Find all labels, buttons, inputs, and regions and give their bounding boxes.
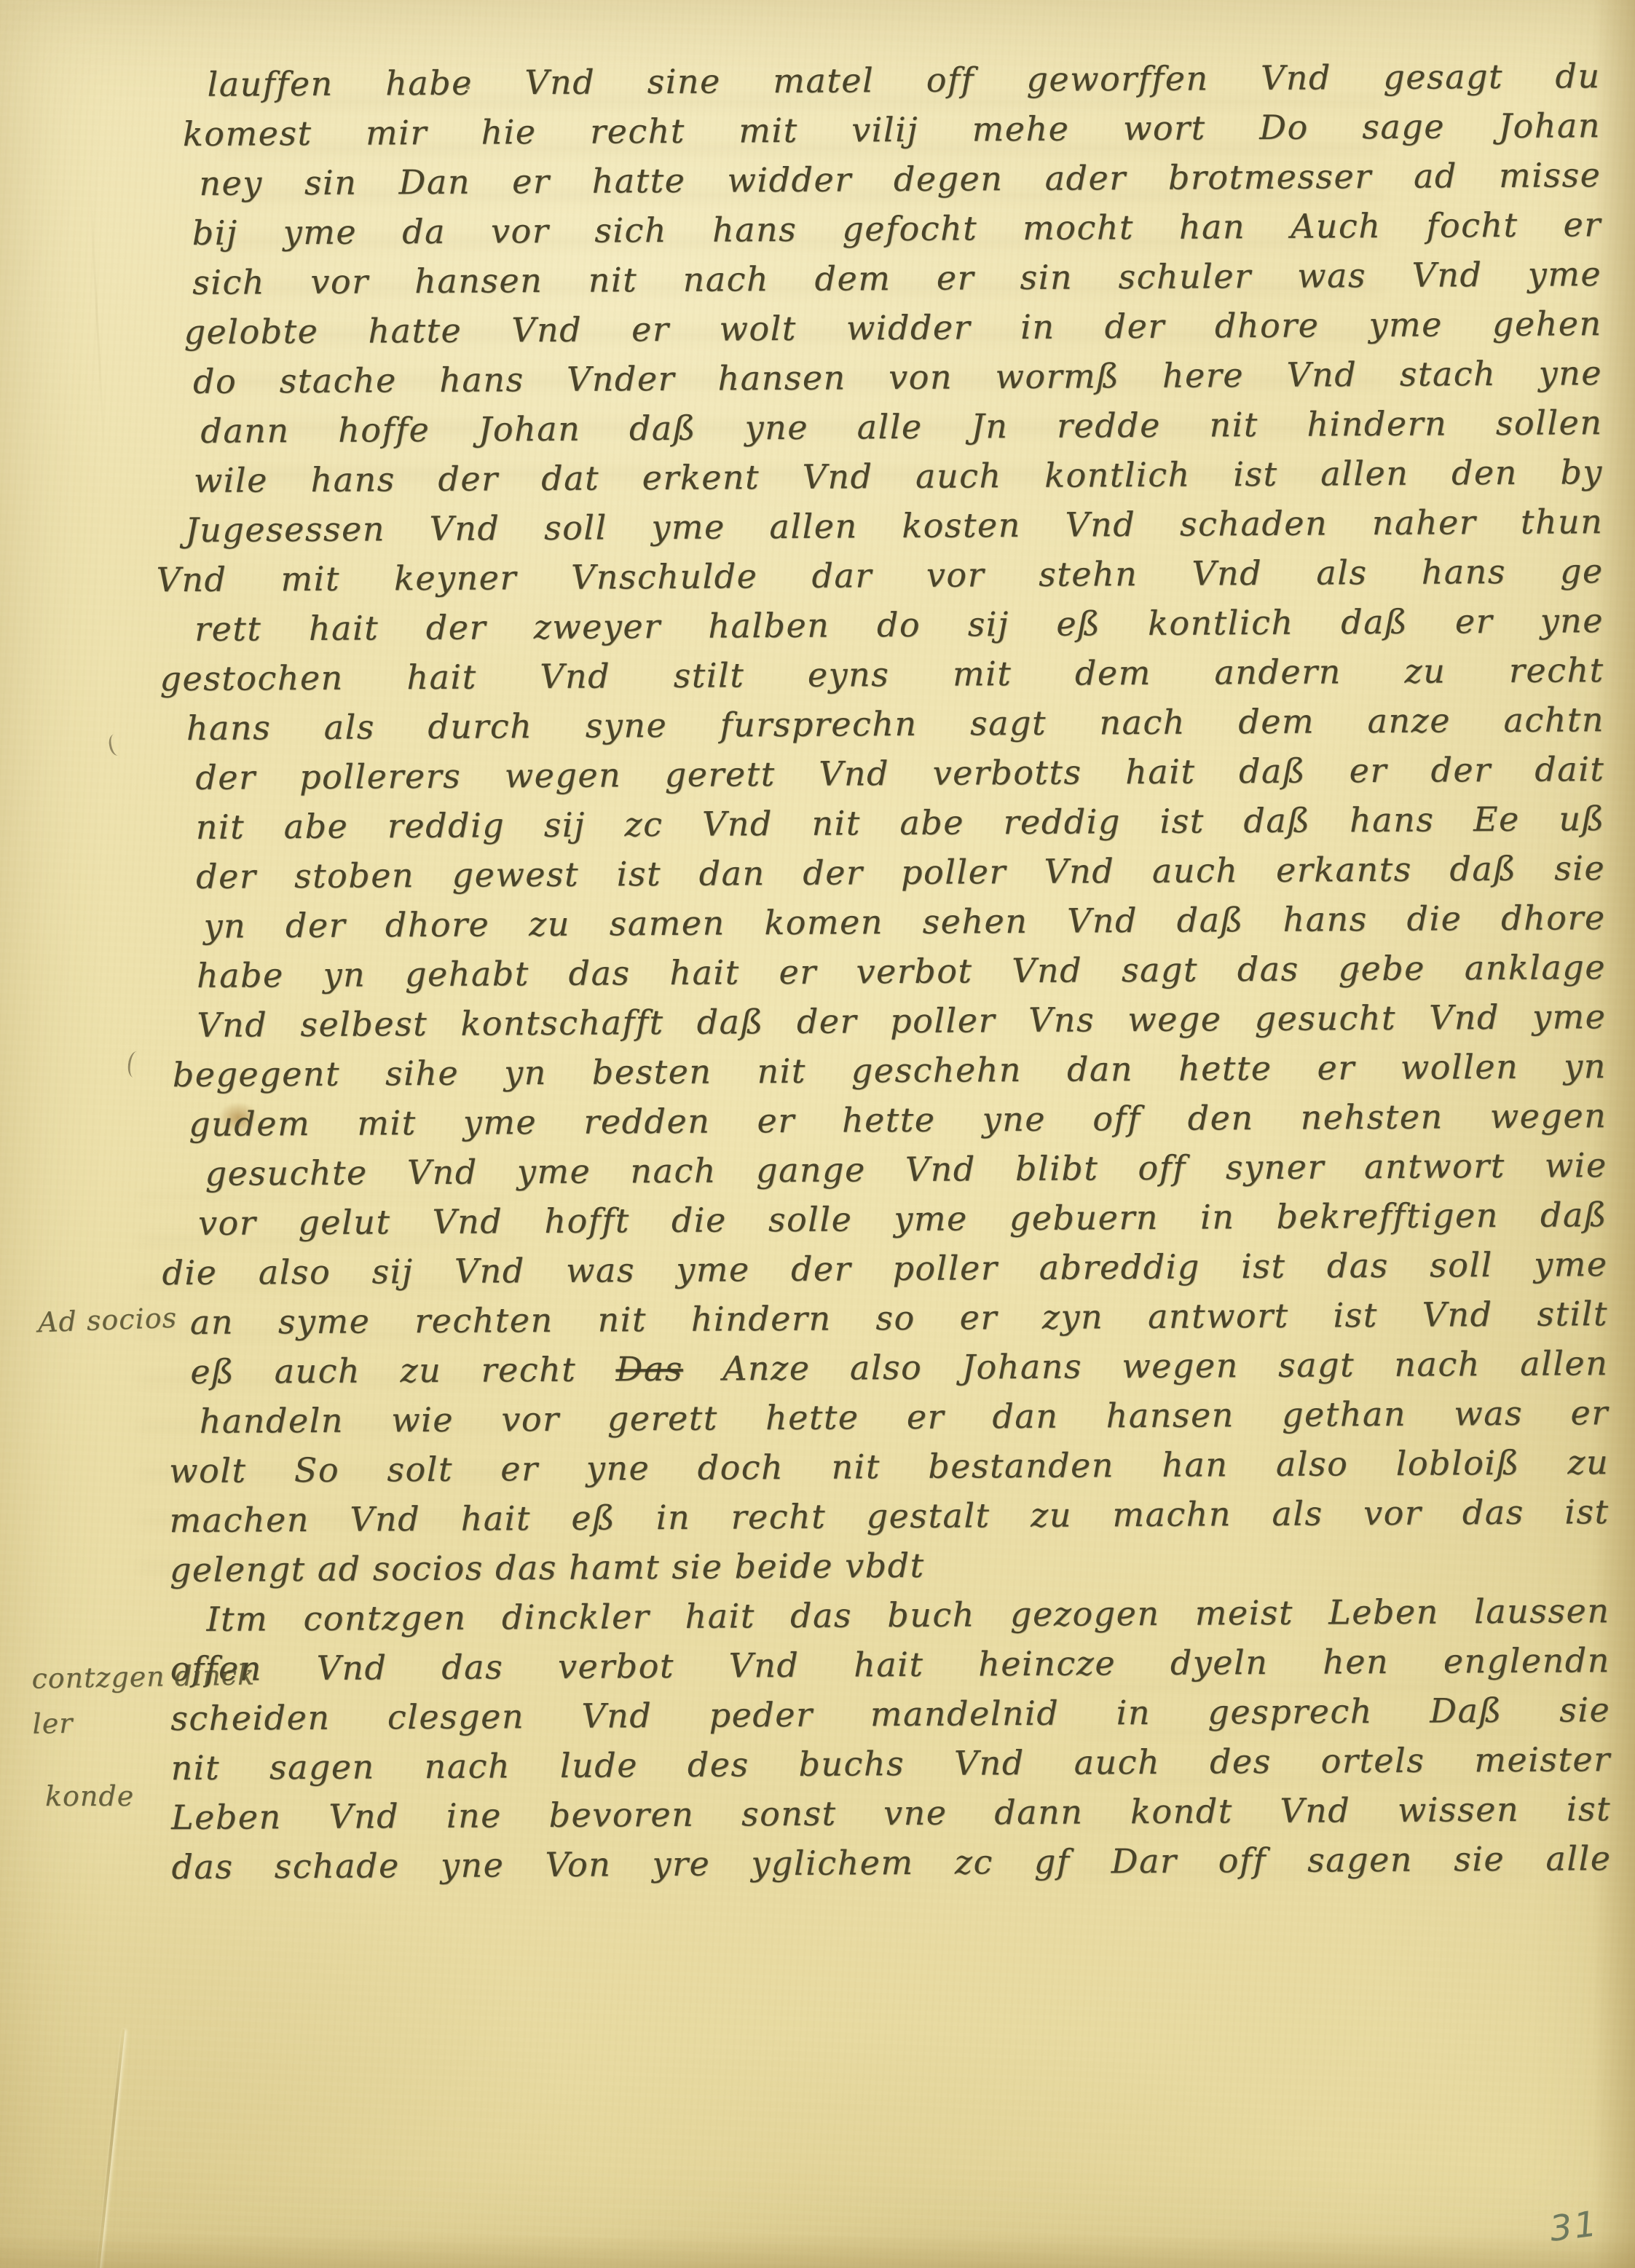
- parchment-crease: [97, 2029, 125, 2268]
- parchment-crease: [89, 182, 106, 459]
- manuscript-text-line: Vnd mit keyner Vnschulde dar vor stehn V…: [194, 546, 1603, 604]
- text-column: lauffen habe Vnd sine matel off geworffe…: [191, 51, 1611, 1892]
- manuscript-text-line: der stoben gewest ist dan der poller Vnd…: [196, 843, 1605, 901]
- manuscript-text-line: machen Vnd hait eß in recht gestalt zu m…: [200, 1487, 1609, 1545]
- manuscript-text-line: komest mir hie recht mit vilij mehe wort…: [192, 100, 1601, 159]
- manuscript-text-line: Leben Vnd ine bevoren sonst vne dann kon…: [202, 1784, 1611, 1842]
- manuscript-text-line: gestochen hait Vnd stilt eyns mit dem an…: [194, 645, 1604, 703]
- margin-note-ad-socios: Ad socios: [37, 1295, 178, 1346]
- manuscript-text-line: sich vor hansen nit nach dem er sin schu…: [192, 249, 1601, 307]
- manuscript-text-line: vor gelut Vnd hofft die solle yme gebuer…: [198, 1190, 1607, 1248]
- manuscript-text-line: handeln wie vor gerett hette er dan hans…: [200, 1388, 1609, 1446]
- manuscript-text-line: gelobte hatte Vnd er wolt widder in der …: [192, 299, 1601, 357]
- manuscript-text-line: offen Vnd das verbot Vnd hait heincze dy…: [201, 1635, 1610, 1694]
- manuscript-text-line: bij yme da vor sich hans gefocht mocht h…: [192, 199, 1601, 258]
- struck-word: Das: [615, 1349, 683, 1389]
- manuscript-text-line: nit abe reddig sij zc Vnd nit abe reddig…: [196, 794, 1605, 852]
- margin-pen-mark-icon: [127, 1051, 144, 1078]
- manuscript-text-line: Vnd selbest kontschafft daß der poller V…: [197, 992, 1606, 1050]
- manuscript-text-line: die also sij Vnd was yme der poller abre…: [198, 1239, 1607, 1297]
- manuscript-text-line: habe yn gehabt das hait er verbot Vnd sa…: [197, 942, 1606, 1000]
- margin-note-dinckler: contzgen dinck ler: [31, 1652, 256, 1746]
- manuscript-text-line: der pollerers wegen gerett Vnd verbotts …: [195, 744, 1604, 802]
- manuscript-page: lauffen habe Vnd sine matel off geworffe…: [0, 0, 1635, 2268]
- manuscript-text-line: lauffen habe Vnd sine matel off geworffe…: [191, 51, 1600, 109]
- manuscript-text-line-with-strikethrough: eß auch zu recht Das Anze also Johans we…: [199, 1338, 1608, 1396]
- manuscript-text-line: dann hoffe Johan daß yne alle Jn redde n…: [193, 398, 1602, 456]
- manuscript-text-line: yn der dhore zu samen komen sehen Vnd da…: [196, 893, 1605, 951]
- manuscript-text-line: gudem mit yme redden er hette yne off de…: [197, 1091, 1607, 1149]
- folio-number: 31: [1548, 2203, 1601, 2250]
- margin-note-dinckler-line2: ler: [32, 1697, 256, 1746]
- line-text-after-strike: Anze also Johans wegen sagt nach allen: [683, 1343, 1609, 1388]
- line-text-before-strike: eß auch zu recht: [190, 1349, 615, 1391]
- text-lines-group-b: handeln wie vor gerett hette er dan hans…: [200, 1388, 1612, 1892]
- manuscript-text-line: gesuchte Vnd yme nach gange Vnd blibt of…: [197, 1140, 1607, 1198]
- manuscript-text-line: das schade yne Von yre yglichem zc gf Da…: [202, 1833, 1611, 1892]
- manuscript-text-line: Jugesessen Vnd soll yme allen kosten Vnd…: [194, 497, 1603, 555]
- margin-note-dinckler-line1: contzgen dinck: [31, 1652, 256, 1701]
- manuscript-text-line: scheiden clesgen Vnd peder mandelnid in …: [201, 1685, 1610, 1743]
- manuscript-text-line: wile hans der dat erkent Vnd auch kontli…: [194, 447, 1603, 505]
- manuscript-text-line: nit sagen nach lude des buchs Vnd auch d…: [201, 1734, 1610, 1793]
- page-edge-shading: [0, 2235, 1635, 2268]
- manuscript-text-line: gelengt ad socios das hamt sie beide vbd…: [200, 1536, 1610, 1595]
- manuscript-text-line: ney sin Dan er hatte widder degen ader b…: [192, 150, 1601, 208]
- manuscript-text-line: Itm contzgen dinckler hait das buch gezo…: [200, 1586, 1610, 1644]
- manuscript-text-line: begegent sihe yn besten nit geschehn dan…: [197, 1041, 1607, 1099]
- text-lines-group-a: lauffen habe Vnd sine matel off geworffe…: [191, 51, 1608, 1347]
- margin-pen-mark-icon: [107, 732, 125, 756]
- manuscript-text-line: do stache hans Vnder hansen von wormß he…: [193, 348, 1602, 406]
- margin-note-konde: konde: [45, 1774, 134, 1819]
- manuscript-text-line: hans als durch syne fursprechn sagt nach…: [195, 695, 1604, 753]
- manuscript-text-line: an syme rechten nit hindern so er zyn an…: [199, 1289, 1608, 1347]
- manuscript-text-line: wolt So solt er yne doch nit bestanden h…: [200, 1437, 1609, 1495]
- manuscript-text-line: rett hait der zweyer halben do sij eß ko…: [194, 596, 1604, 654]
